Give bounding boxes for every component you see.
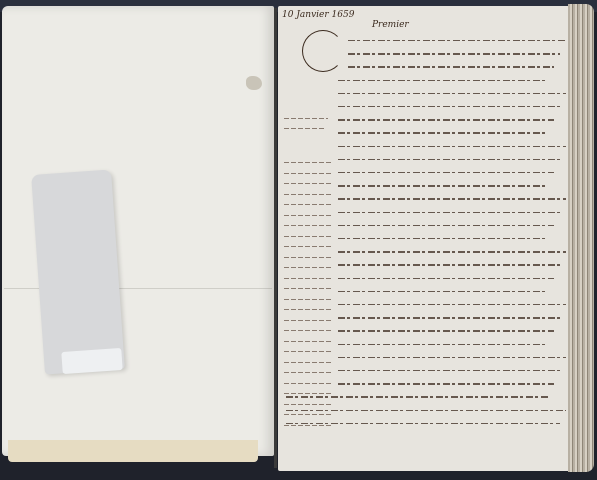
- margin-note-line: [284, 183, 332, 184]
- handwriting-line: [338, 278, 554, 279]
- folded-paper-strip: [31, 169, 125, 374]
- book-binding: [274, 8, 277, 468]
- paper-stain: [246, 76, 262, 90]
- handwriting-line: [338, 264, 560, 265]
- margin-note-line: [284, 236, 332, 237]
- margin-note-line: [284, 288, 332, 289]
- margin-note-line: [284, 194, 332, 195]
- handwriting-line: [338, 370, 560, 371]
- handwriting-line: [338, 330, 554, 331]
- handwriting-line: [348, 53, 560, 54]
- paper-strip-end: [61, 348, 122, 374]
- handwriting-line: [338, 357, 566, 358]
- page-edges: [568, 4, 594, 472]
- margin-note-line: [284, 118, 328, 119]
- handwriting-line: [348, 66, 554, 67]
- margin-note-line: [284, 383, 332, 384]
- handwriting-line: [338, 93, 566, 94]
- left-page-underlayer: [8, 440, 258, 462]
- margin-note-line: [284, 299, 332, 300]
- margin-note-line: [284, 278, 332, 279]
- margin-note-line: [284, 341, 332, 342]
- handwriting-line: [338, 80, 548, 81]
- margin-note-line: [284, 225, 332, 226]
- margin-note-line: [284, 372, 332, 373]
- handwriting-line: [338, 225, 554, 226]
- handwriting-line: [338, 304, 566, 305]
- margin-note-line: [284, 309, 332, 310]
- margin-note-line: [284, 414, 332, 415]
- handwriting-line: [338, 159, 560, 160]
- margin-note-line: [284, 330, 332, 331]
- margin-note-line: [284, 362, 332, 363]
- handwriting-line: [338, 344, 548, 345]
- margin-note-line: [284, 215, 332, 216]
- handwriting-line: [338, 238, 548, 239]
- margin-note-line: [284, 425, 332, 426]
- handwriting-line: [338, 251, 566, 252]
- margin-note-line: [284, 393, 332, 394]
- handwriting-line: [338, 132, 548, 133]
- handwriting-line: [286, 396, 548, 397]
- header-title: Premier: [372, 20, 409, 30]
- margin-note-line: [284, 404, 332, 405]
- margin-note-line: [284, 162, 332, 163]
- margin-note-line: [284, 351, 332, 352]
- handwriting-line: [338, 291, 548, 292]
- handwriting-line: [338, 383, 554, 384]
- handwriting-line: [286, 410, 566, 411]
- handwriting-line: [348, 40, 566, 41]
- margin-note-line: [284, 128, 324, 129]
- margin-note-line: [284, 257, 332, 258]
- handwriting-line: [338, 146, 566, 147]
- margin-note-line: [284, 204, 332, 205]
- handwriting-line: [338, 317, 560, 318]
- margin-note-line: [284, 246, 332, 247]
- handwriting-line: [338, 198, 566, 199]
- decorated-initial: [302, 30, 344, 72]
- header-date: 10 Janvier 1659: [282, 10, 354, 20]
- margin-note-line: [284, 320, 332, 321]
- margin-note-line: [284, 267, 332, 268]
- handwriting-line: [338, 185, 548, 186]
- handwriting-line: [338, 119, 554, 120]
- handwriting-line: [338, 212, 560, 213]
- handwriting-line: [338, 106, 560, 107]
- handwriting-line: [338, 172, 554, 173]
- margin-note-line: [284, 173, 332, 174]
